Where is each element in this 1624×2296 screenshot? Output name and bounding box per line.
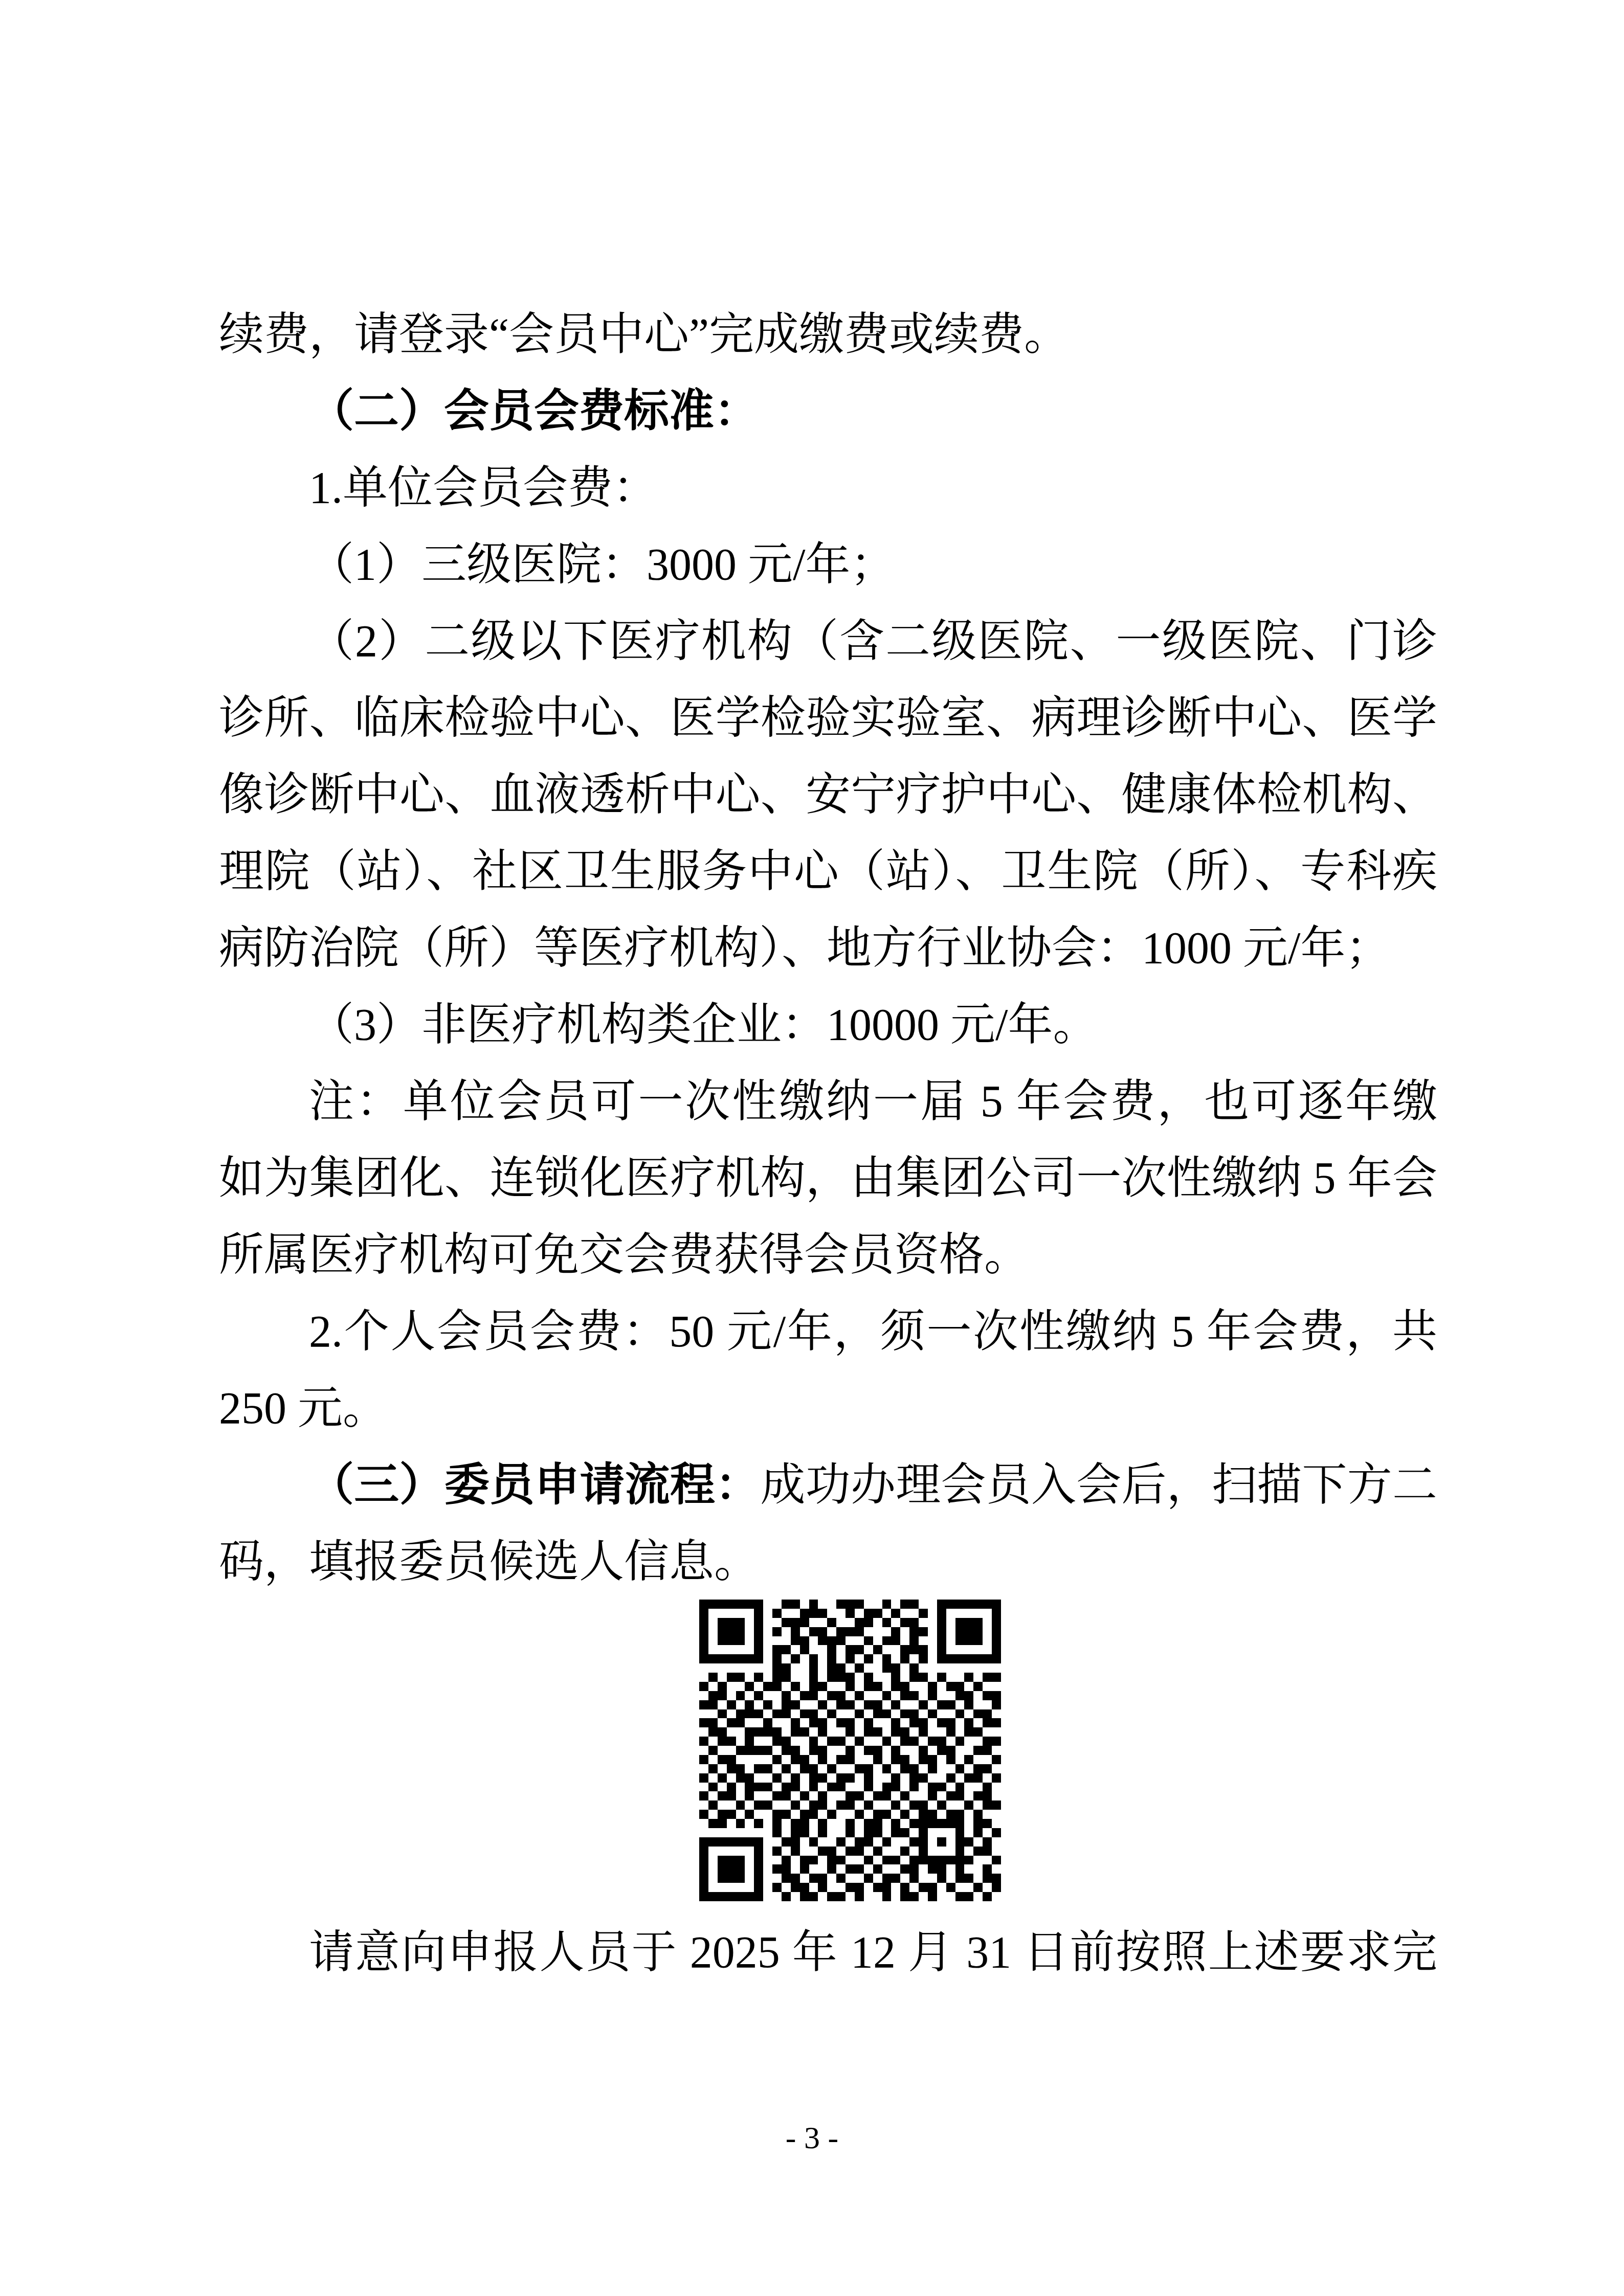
text-line: 病防治院（所）等医疗机构）、地方行业协会：1000 元/年； — [219, 910, 1437, 987]
text-line: 所属医疗机构可免交会费获得会员资格。 — [219, 1217, 1437, 1294]
line-lead-heading: （三）委员申请流程： — [309, 1460, 761, 1510]
text-line: 注：单位会员可一次性缴纳一届 5 年会费，也可逐年缴纳。 — [219, 1064, 1437, 1140]
document-page: 续费，请登录“会员中心”完成缴费或续费。（二）会员会费标准：1.单位会员会费：（… — [0, 0, 1624, 2296]
text-lines: 续费，请登录“会员中心”完成缴费或续费。（二）会员会费标准：1.单位会员会费：（… — [219, 297, 1437, 1601]
text-line: 续费，请登录“会员中心”完成缴费或续费。 — [219, 297, 1437, 373]
text-line: （三）委员申请流程：成功办理会员入会后，扫描下方二维 — [219, 1447, 1437, 1524]
qr-code — [699, 1600, 1001, 1901]
text-line: 诊所、临床检验中心、医学检验实验室、病理诊断中心、医学影 — [219, 680, 1437, 757]
text-line: 像诊断中心、血液透析中心、安宁疗护中心、健康体检机构、护 — [219, 757, 1437, 834]
text-line: 理院（站）、社区卫生服务中心（站）、卫生院（所）、专科疾 — [219, 834, 1437, 910]
text-line: （3）非医疗机构类企业：10000 元/年。 — [219, 987, 1437, 1064]
text-line: （二）会员会费标准： — [219, 373, 1437, 450]
page-number: - 3 - — [0, 2120, 1624, 2156]
text-line: 码，填报委员候选人信息。 — [219, 1524, 1437, 1601]
text-line: 如为集团化、连锁化医疗机构，由集团公司一次性缴纳 5 年会费， — [219, 1140, 1437, 1217]
text-line: 250 元。 — [219, 1370, 1437, 1447]
text-line: （1）三级医院：3000 元/年； — [219, 527, 1437, 603]
text-line: 1.单位会员会费： — [219, 450, 1437, 527]
closing-paragraph-line: 请意向申报人员于 2025 年 12 月 31 日前按照上述要求完成 — [219, 1915, 1437, 1991]
text-line: 2.个人会员会费：50 元/年，须一次性缴纳 5 年会费，共计 — [219, 1294, 1437, 1370]
text-line: （2）二级以下医疗机构（含二级医院、一级医院、门诊部、 — [219, 603, 1437, 680]
document-body: 续费，请登录“会员中心”完成缴费或续费。（二）会员会费标准：1.单位会员会费：（… — [219, 297, 1437, 1991]
